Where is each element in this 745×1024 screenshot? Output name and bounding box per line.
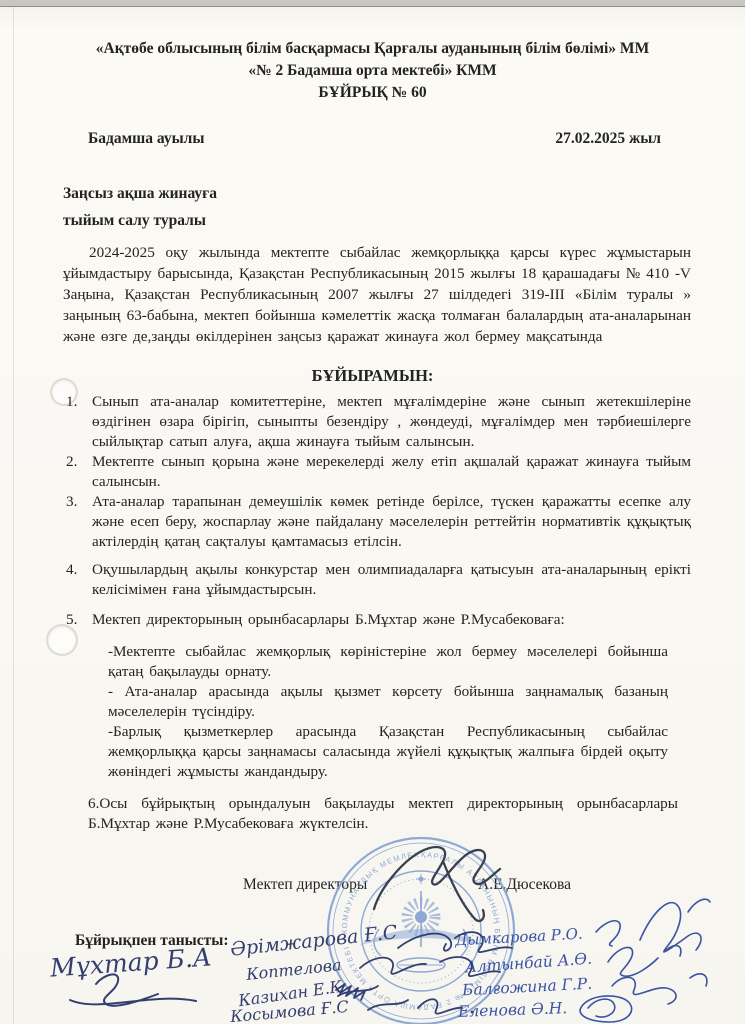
school-name: «№ 2 Бадамша орта мектебі» КММ	[0, 60, 745, 82]
item-number: 5.	[66, 610, 92, 630]
issuing-authority: «Ақтөбе облысының білім басқармасы Қарға…	[0, 38, 745, 60]
place-date-row: Бадамша ауылы 27.02.2025 жыл	[88, 130, 661, 148]
order-number-title: БҰЙРЫҚ № 60	[0, 82, 745, 104]
scan-left-edge	[13, 6, 14, 1024]
subitem-2: - Ата-аналар арасында ақылы қызмет көрсе…	[108, 682, 668, 722]
order-item-5: 5. Мектеп директорының орынбасарлары Б.М…	[66, 610, 691, 630]
item-text: Мектеп директорының орынбасарлары Б.Мұхт…	[92, 610, 691, 630]
item-text: Мектепте сынып қорына және мерекелерді ж…	[92, 452, 691, 492]
item-text: Ата-аналар тарапынан демеушілік көмек ре…	[92, 492, 691, 552]
subitem-1: -Мектепте сыбайлас жемқорлық көріністері…	[108, 642, 668, 682]
scanned-order-document: «Ақтөбе облысының білім басқармасы Қарға…	[0, 0, 745, 1024]
item-number: 3.	[66, 492, 92, 552]
order-item-4: 4. Оқушылардың ақылы конкурстар мен олим…	[66, 560, 691, 600]
place-label: Бадамша ауылы	[88, 130, 204, 148]
order-item-1: 1. Сынып ата-аналар комитеттеріне, мекте…	[66, 392, 691, 452]
order-item-6: 6.Осы бұйрықтың орындалуын бақылауды мек…	[66, 794, 678, 834]
item-number: 1.	[66, 392, 92, 452]
item-number: 2.	[66, 452, 92, 492]
order-subject: Заңсыз ақша жинауға тыйым салу туралы	[63, 180, 217, 234]
item-text: Оқушылардың ақылы конкурстар мен олимпиа…	[92, 560, 691, 600]
subject-line-1: Заңсыз ақша жинауға	[63, 180, 217, 207]
resolution-heading: БҰЙЫРАМЫН:	[0, 366, 745, 386]
right-signature-strokes	[580, 899, 710, 1022]
scan-top-edge	[0, 0, 745, 7]
item-number: 4.	[66, 560, 92, 600]
order-preamble: 2024-2025 оқу жылында мектепте сыбайлас …	[63, 242, 691, 347]
document-header: «Ақтөбе облысының білім басқармасы Қарға…	[0, 38, 745, 104]
order-items: 1. Сынып ата-аналар комитеттеріне, мекте…	[66, 392, 691, 834]
handwritten-name: Еленова Ә.Н.	[458, 999, 568, 1021]
item-text: Сынып ата-аналар комитеттеріне, мектеп м…	[92, 392, 691, 452]
date-label: 27.02.2025 жыл	[555, 130, 661, 148]
subitem-3: -Барлық қызметкерлер арасында Қазақстан …	[108, 722, 668, 782]
order-item-2: 2. Мектепте сынып қорына және мерекелерд…	[66, 452, 691, 492]
item-5-subitems: -Мектепте сыбайлас жемқорлық көріністері…	[108, 642, 668, 782]
subject-line-2: тыйым салу туралы	[63, 207, 217, 234]
handwritten-name-mukhtar: Мұхтар Б.А	[49, 942, 212, 982]
order-item-3: 3. Ата-аналар тарапынан демеушілік көмек…	[66, 492, 691, 552]
